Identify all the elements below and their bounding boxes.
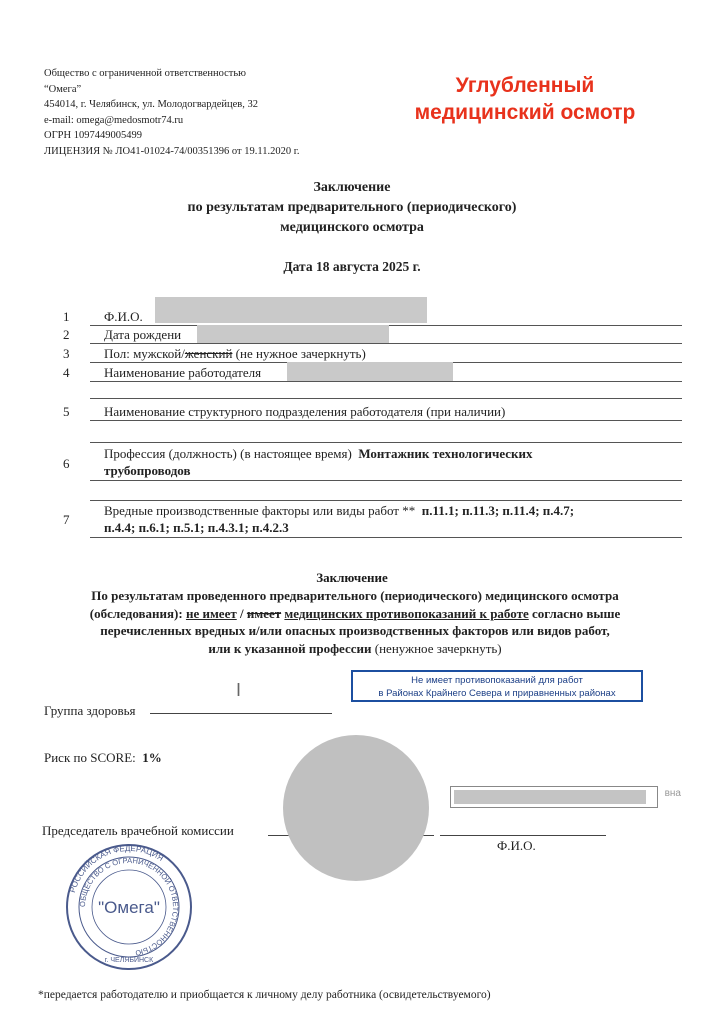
field-divider: [90, 500, 682, 501]
svg-text:"Омега": "Омега": [98, 898, 160, 917]
org-brand: “Омега”: [44, 82, 299, 98]
conclusion-profession: или к указанной профессии: [208, 641, 371, 656]
conclusion-not-has: не имеет: [186, 606, 237, 621]
redacted-name-fill: [454, 790, 646, 804]
organization-info: Общество с ограниченной ответственностью…: [44, 66, 299, 159]
profession-value-1: Монтажник технологических: [358, 446, 532, 461]
company-seal-icon: РОССИЙСКАЯ ФЕДЕРАЦИЯ ОБЩЕСТВО С ОГРАНИЧЕ…: [64, 842, 194, 972]
field-fio-label: Ф.И.О.: [104, 309, 143, 325]
field-profession-cont: трубопроводов: [104, 463, 191, 479]
org-license: ЛИЦЕНЗИЯ № ЛО41-01024-74/00351396 от 19.…: [44, 144, 299, 160]
org-name: Общество с ограниченной ответственностью: [44, 66, 299, 82]
redacted-chairman-name: вна: [450, 786, 658, 808]
svg-text:г. ЧЕЛЯБИНСК: г. ЧЕЛЯБИНСК: [105, 957, 154, 964]
field-number: 3: [63, 346, 70, 362]
field-hazards-cont: п.4.4; п.6.1; п.5.1; п.4.3.1; п.4.2.3: [104, 520, 289, 536]
org-ogrn: ОГРН 1097449005499: [44, 128, 299, 144]
redacted-signature: [283, 735, 429, 881]
gender-label: Пол: мужской/: [104, 346, 185, 361]
hazards-value-2: п.4.4; п.6.1; п.5.1; п.4.3.1; п.4.2.3: [104, 520, 289, 535]
hazards-label: Вредные производственные факторы или вид…: [104, 503, 415, 518]
promo-heading: Углубленный медицинский осмотр: [395, 72, 655, 126]
field-birthdate-label: Дата рождени: [104, 327, 181, 343]
conclusion-suffix: согласно выше: [529, 606, 620, 621]
document-subtitle-1: по результатам предварительного (периоди…: [0, 200, 704, 216]
health-group-line: [150, 713, 332, 714]
document-date: Дата 18 августа 2025 г.: [0, 259, 704, 275]
score-value: 1%: [142, 750, 162, 765]
field-number: 2: [63, 327, 70, 343]
field-divider: [90, 381, 682, 382]
field-number: 5: [63, 404, 70, 420]
redacted-employer: [287, 362, 453, 381]
promo-line-1: Углубленный: [395, 72, 655, 99]
conclusion-prefix: (обследования):: [90, 606, 186, 621]
org-email: e-mail: omega@medosmotr74.ru: [44, 113, 299, 129]
field-employer-label: Наименование работодателя: [104, 365, 261, 381]
far-north-line-2: в Районах Крайнего Севера и приравненных…: [353, 687, 641, 700]
conclusion-text: По результатам проведенного предваритель…: [30, 587, 680, 657]
gender-note: (не нужное зачеркнуть): [232, 346, 365, 361]
field-number: 7: [63, 512, 70, 528]
field-divider: [90, 480, 682, 481]
profession-value-2: трубопроводов: [104, 463, 191, 478]
fio-line: [440, 835, 606, 836]
score-field: Риск по SCORE: 1%: [44, 750, 162, 766]
chairman-label: Председатель врачебной комиссии: [42, 823, 234, 839]
conclusion-sep: /: [237, 606, 247, 621]
field-hazards: Вредные производственные факторы или вид…: [104, 503, 574, 519]
conclusion-line-2: (обследования): не имеет / имеет медицин…: [30, 605, 680, 623]
conclusion-line-4: или к указанной профессии (ненужное заче…: [30, 640, 680, 658]
conclusion-title: Заключение: [0, 570, 704, 586]
field-number: 1: [63, 309, 70, 325]
org-address: 454014, г. Челябинск, ул. Молодогвардейц…: [44, 97, 299, 113]
health-group-label: Группа здоровья: [44, 703, 136, 719]
field-divider: [90, 343, 682, 344]
field-profession: Профессия (должность) (в настоящее время…: [104, 446, 533, 462]
hazards-value-1: п.11.1; п.11.3; п.11.4; п.4.7;: [422, 503, 574, 518]
gender-struck: женский: [185, 346, 233, 361]
field-divider: [90, 420, 682, 421]
conclusion-has-struck: имеет: [247, 606, 281, 621]
fio-caption: Ф.И.О.: [497, 838, 536, 854]
redacted-birthdate: [197, 325, 389, 344]
field-divider: [90, 398, 682, 399]
redacted-fio: [155, 297, 427, 323]
field-divider: [90, 537, 682, 538]
far-north-line-1: Не имеет противопоказаний для работ: [353, 674, 641, 687]
field-department-label: Наименование структурного подразделения …: [104, 404, 505, 420]
score-label: Риск по SCORE:: [44, 750, 136, 765]
far-north-stamp: Не имеет противопоказаний для работ в Ра…: [351, 670, 643, 702]
conclusion-line-3: перечисленных вредных и/или опасных прои…: [30, 622, 680, 640]
profession-label: Профессия (должность) (в настоящее время…: [104, 446, 352, 461]
field-number: 4: [63, 365, 70, 381]
conclusion-note: (ненужное зачеркнуть): [372, 641, 502, 656]
field-divider: [90, 442, 682, 443]
conclusion-contraindications: медицинских противопоказаний к работе: [284, 606, 528, 621]
field-gender: Пол: мужской/женский (не нужное зачеркну…: [104, 346, 366, 362]
health-group-handwritten: I: [236, 680, 241, 701]
document-subtitle-2: медицинского осмотра: [0, 220, 704, 236]
promo-line-2: медицинский осмотр: [395, 99, 655, 126]
document-title: Заключение: [0, 180, 704, 196]
conclusion-line-1: По результатам проведенного предваритель…: [30, 587, 680, 605]
footnote: *передается работодателю и приобщается к…: [38, 989, 491, 1001]
field-number: 6: [63, 456, 70, 472]
name-tail: вна: [665, 788, 681, 799]
